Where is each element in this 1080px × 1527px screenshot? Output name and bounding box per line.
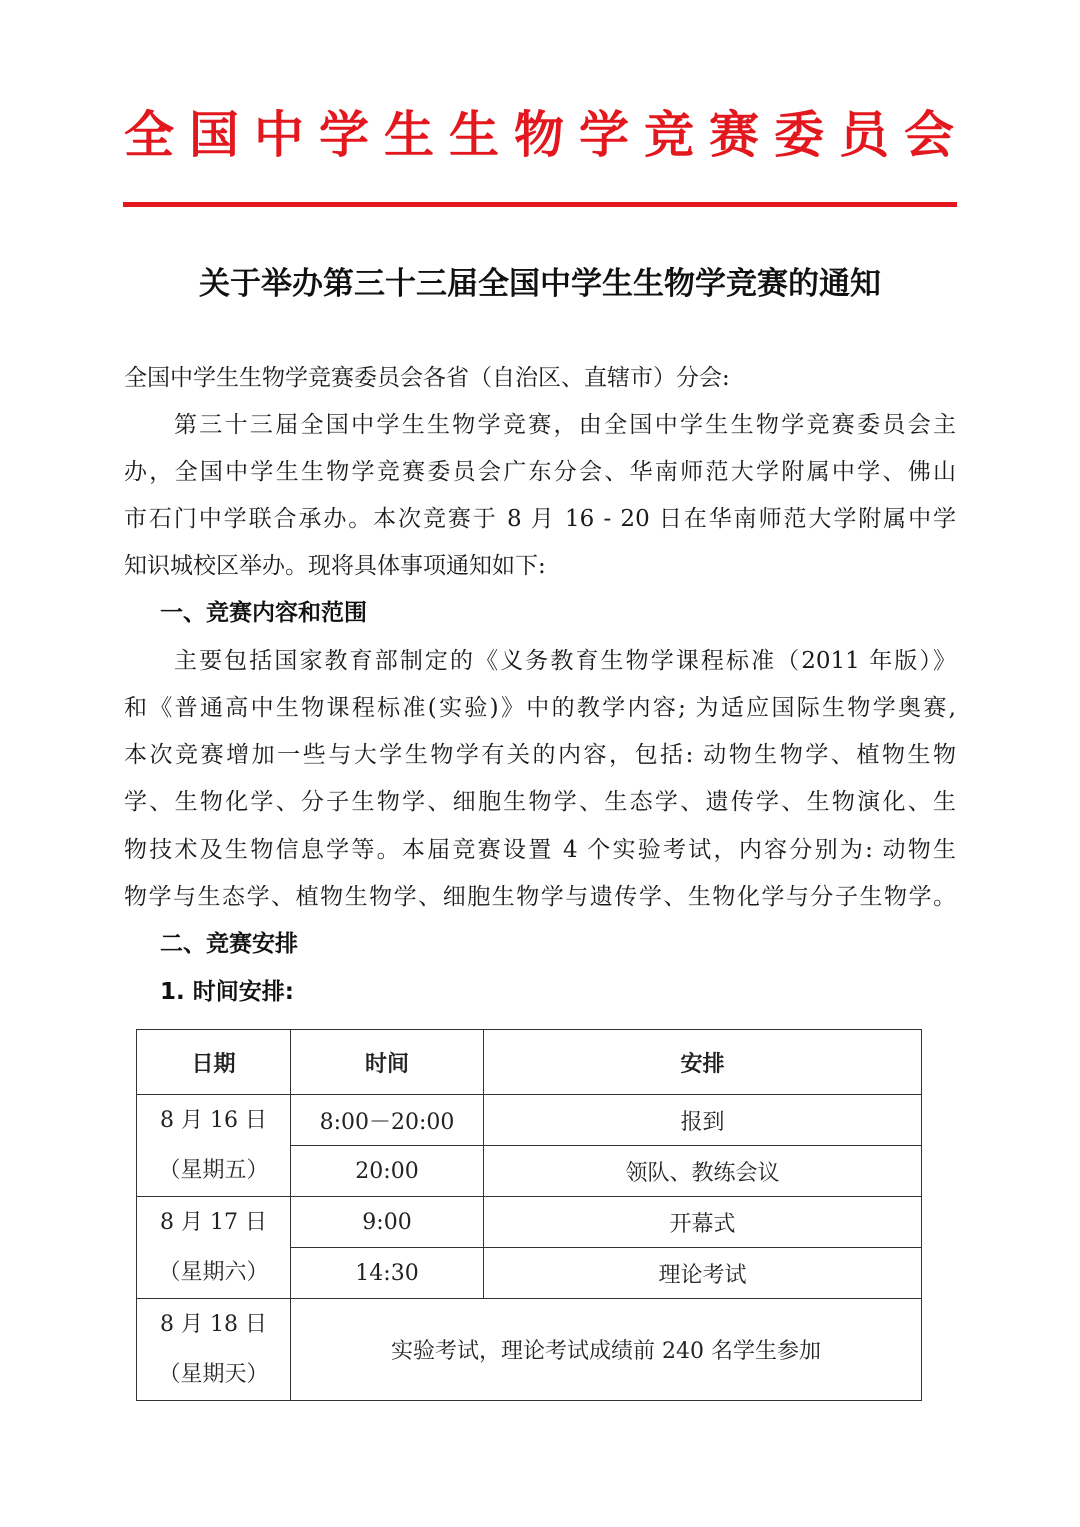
time-cell: 8:00－20:00 <box>291 1095 484 1146</box>
time-cell: 14:30 <box>291 1248 484 1299</box>
weekday: （星期六） <box>137 1248 290 1298</box>
section-heading-arrangement: 二、竞赛安排 <box>160 928 298 960</box>
document-title: 关于举办第三十三届全国中学生生物学竞赛的通知 <box>0 262 1080 306</box>
table-row: 8 月 17 日 （星期六） 9:00 开幕式 <box>137 1197 922 1248</box>
section1-line: 学、生物化学、分子生物学、细胞生物学、生态学、遗传学、生物演化、生 <box>124 786 956 818</box>
section1-line: 物技术及生物信息学等。本届竞赛设置 4 个实验考试，内容分别为: 动物生 <box>124 834 956 866</box>
merged-activity-cell: 实验考试，理论考试成绩前 240 名学生参加 <box>291 1299 922 1401</box>
activity-cell: 理论考试 <box>484 1248 922 1299</box>
date: 8 月 18 日 <box>137 1300 290 1350</box>
intro-line: 市石门中学联合承办。本次竞赛于 8 月 16 - 20 日在华南师范大学附属中学 <box>124 503 956 535</box>
date-cell: 8 月 18 日 （星期天） <box>137 1299 291 1401</box>
activity-cell: 报到 <box>484 1095 922 1146</box>
salutation: 全国中学生生物学竞赛委员会各省（自治区、直辖市）分会: <box>124 362 956 394</box>
letterhead-organization: 全国中学生生物学竞赛委员会 <box>124 104 956 166</box>
column-header-activity: 安排 <box>484 1030 922 1095</box>
time-cell: 20:00 <box>291 1146 484 1197</box>
activity-cell: 开幕式 <box>484 1197 922 1248</box>
section1-line: 主要包括国家教育部制定的《义务教育生物学课程标准（2011 年版）》 <box>174 645 956 677</box>
column-header-time: 时间 <box>291 1030 484 1095</box>
column-header-date: 日期 <box>137 1030 291 1095</box>
table-header-row: 日期 时间 安排 <box>137 1030 922 1095</box>
date: 8 月 16 日 <box>137 1096 290 1146</box>
table-row: 8 月 18 日 （星期天） 实验考试，理论考试成绩前 240 名学生参加 <box>137 1299 922 1401</box>
section-heading-content-scope: 一、竞赛内容和范围 <box>160 597 367 629</box>
intro-line: 知识城校区举办。现将具体事项通知如下: <box>124 550 956 582</box>
date-cell: 8 月 16 日 （星期五） <box>137 1095 291 1197</box>
table-row: 8 月 16 日 （星期五） 8:00－20:00 报到 <box>137 1095 922 1146</box>
time-cell: 9:00 <box>291 1197 484 1248</box>
section1-line: 和《普通高中生物课程标准(实验)》中的教学内容; 为适应国际生物学奥赛, <box>124 692 956 724</box>
intro-line: 办，全国中学生生物学竞赛委员会广东分会、华南师范大学附属中学、佛山 <box>124 456 956 488</box>
date-cell: 8 月 17 日 （星期六） <box>137 1197 291 1299</box>
subheading-time-schedule: 1. 时间安排: <box>160 976 294 1008</box>
weekday: （星期五） <box>137 1146 290 1196</box>
weekday: （星期天） <box>137 1350 290 1400</box>
letterhead-divider <box>123 202 957 207</box>
date: 8 月 17 日 <box>137 1198 290 1248</box>
intro-line: 第三十三届全国中学生生物学竞赛，由全国中学生生物学竞赛委员会主 <box>174 409 956 441</box>
schedule-table: 日期 时间 安排 8 月 16 日 （星期五） 8:00－20:00 报到 20… <box>136 1029 922 1401</box>
activity-cell: 领队、教练会议 <box>484 1146 922 1197</box>
section1-line: 物学与生态学、植物生物学、细胞生物学与遗传学、生物化学与分子生物学。 <box>124 881 956 913</box>
section1-line: 本次竞赛增加一些与大学生物学有关的内容，包括: 动物生物学、植物生物 <box>124 739 956 771</box>
